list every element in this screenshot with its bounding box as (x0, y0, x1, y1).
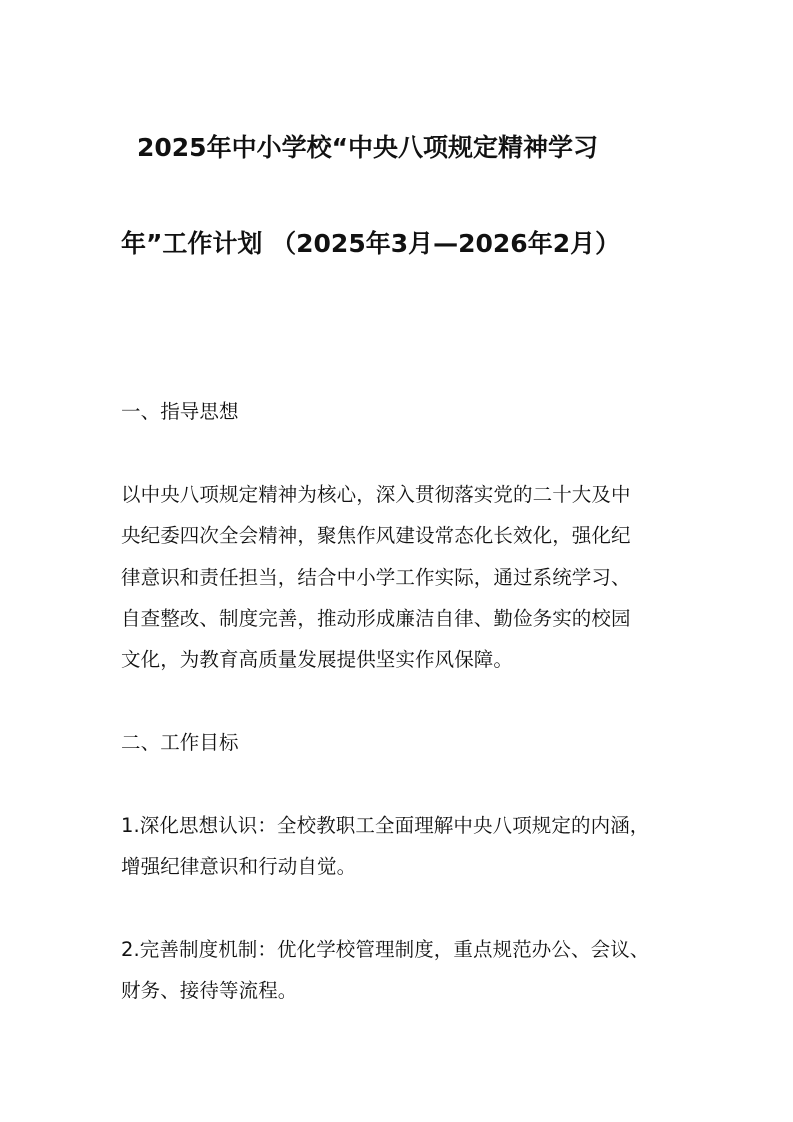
paragraph-line: 自查整改、制度完善，推动形成廉洁自律、勤俭务实的校园 (121, 607, 631, 631)
section-heading-guiding-ideology: 一、指导思想 (121, 400, 239, 424)
paragraph-line: 文化，为教育高质量发展提供坚实作风保障。 (121, 648, 513, 672)
document-title-line-2: 年”工作计划 （2025年3月—2026年2月） (121, 229, 620, 259)
paragraph-line: 以中央八项规定精神为核心，深入贯彻落实党的二十大及中 (121, 483, 631, 507)
document-page: 2025年中小学校“中央八项规定精神学习 年”工作计划 （2025年3月—202… (0, 0, 793, 1122)
goal-item-1-line-1: 1.深化思想认识：全校教职工全面理解中央八项规定的内涵， (121, 814, 649, 838)
paragraph-line: 律意识和责任担当，结合中小学工作实际，通过系统学习、 (121, 566, 631, 590)
goal-item-2-line-2: 财务、接待等流程。 (121, 979, 297, 1003)
goal-item-1-line-2: 增强纪律意识和行动自觉。 (121, 855, 356, 879)
document-title-line-1: 2025年中小学校“中央八项规定精神学习 (137, 133, 598, 163)
paragraph-line: 央纪委四次全会精神，聚焦作风建设常态化长效化，强化纪 (121, 524, 631, 548)
section-heading-work-goals: 二、工作目标 (121, 731, 239, 755)
goal-item-2-line-1: 2.完善制度机制：优化学校管理制度，重点规范办公、会议、 (121, 938, 649, 962)
